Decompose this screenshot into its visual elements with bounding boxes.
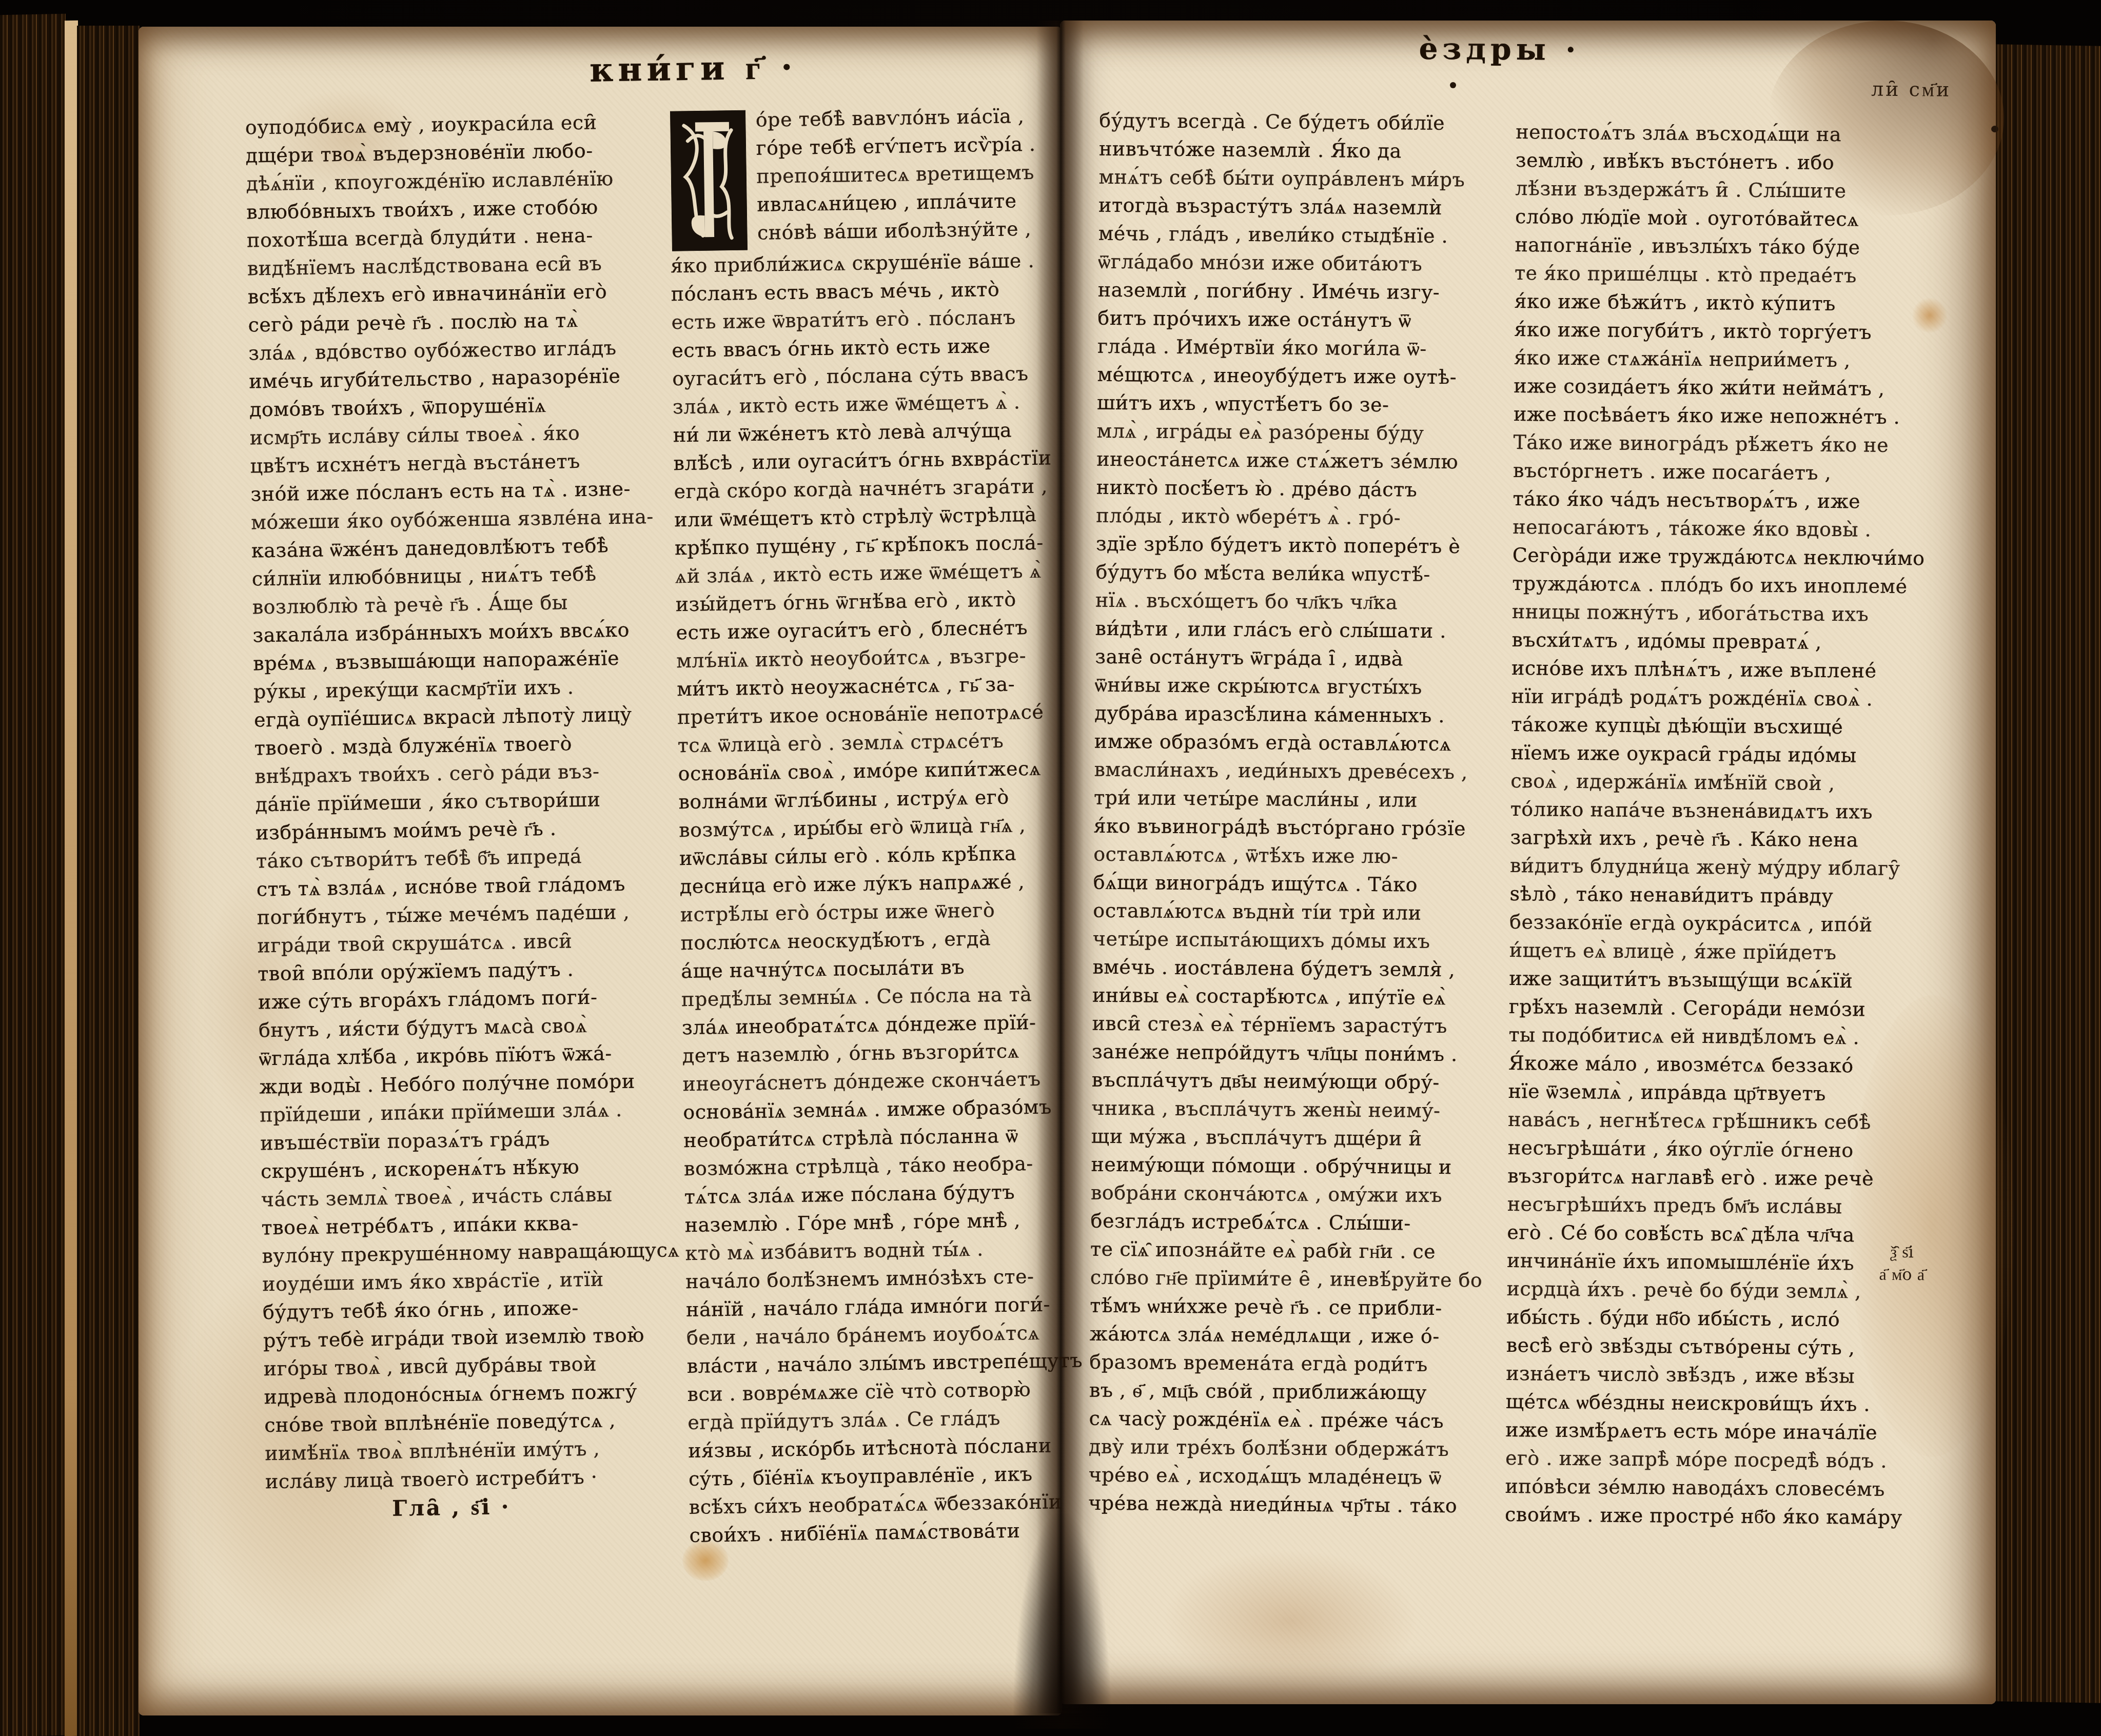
text-line: вме́чь . иоста́влена бу́детъ земля̀ , <box>1092 953 1464 984</box>
text-line: исрдца̀ и́хъ . речѐ бо бу́ди землѧ̀ , <box>1506 1275 1878 1306</box>
text-line: грѣ́хъ наземлѝ . Сегора́ди немо́зи <box>1509 993 1880 1024</box>
text-line: та́ко я́ко ча́дъ несътворѧ́тъ , иже <box>1513 485 1884 516</box>
text-line: въ , ѳ҃ , мц҃ь сво́й , приближа́ющу <box>1089 1376 1461 1408</box>
text-line: те сїѧ̑ ипозна́йте еѧ̀ рабѝ гн҃и . се <box>1090 1235 1462 1267</box>
text-line: сѧ часу̀ рожде́нїѧ еѧ̀ . пре́же ча́съ <box>1089 1405 1460 1436</box>
text-line: ѿгла́дабо мно́зи иже обита́ютъ <box>1098 248 1469 279</box>
text-line: та́ко сътвори́тъ тебѣ̀ б҃ъ ипреда́ <box>256 842 628 876</box>
text-line: непостоѧ́тъ зла́ѧ въсходѧ́щи на <box>1516 118 1887 149</box>
text-line: ибы́сть . бу́ди нб҃о ибы́сть , исло́ <box>1506 1303 1878 1334</box>
text-line: предѣ́лы земны́ѧ . Се по́сла на та̀ <box>681 980 1053 1014</box>
text-line: ѕѣло̀ , та́ко ненави́дитъ пра́вду <box>1509 880 1881 911</box>
text-line: напогна́нїе , ивъзлы́хъ та́ко бу́де <box>1515 231 1886 262</box>
text-line: ты подо́битисѧ ей нивдѣ́ломъ еѧ̀ . <box>1508 1021 1880 1052</box>
text-line: изы́йдетъ о́гнь ѿгнѣ́ва его̀ , икто̀ <box>675 585 1047 619</box>
text-line: три́ или четы́ре масли́ны , или <box>1094 784 1465 815</box>
column-lines: я́ко прибли́жисѧ скруше́нїе ва́ше .по́сл… <box>671 247 1061 1550</box>
text-line: видѣ́нїемъ наслѣ́дствована еси̑ въ <box>247 249 619 283</box>
column-lines: оуподо́бисѧ ему̀ , иоукраси́ла еси̑дще́р… <box>245 108 637 1496</box>
text-line: я́ко въвиногра́дѣ въсто́ргано гро́зїе <box>1093 812 1465 843</box>
text-line: нача́ло болѣ́знемъ имно́зѣхъ сте- <box>685 1262 1057 1296</box>
text-line: сло́во лю́дїе моѝ . оугото́вайтесѧ <box>1515 203 1887 234</box>
text-line: чника , въспла́чутъ жены̀ неиму́- <box>1091 1094 1463 1126</box>
text-line: име́чь игуби́тельство , наразоре́нїе <box>249 362 621 396</box>
quire-signature-mark: ли̑ см҃и <box>1871 78 1952 102</box>
text-line: тсѧ ѿлица̀ его̀ . землѧ̀ стрѧсе́тъ <box>677 726 1049 760</box>
text-line: исно́ве ихъ плѣнѧ́тъ , иже въплене́ <box>1511 654 1883 685</box>
column-lines: непостоѧ́тъ зла́ѧ въсходѧ́щи наземлю̀ , … <box>1505 118 1888 1532</box>
text-line: нивъчто́же наземлѝ . Я́ко да <box>1099 135 1470 166</box>
text-line: дубра́ва иразсѣ́лина ка́менныхъ . <box>1094 699 1466 731</box>
column-lines: бу́дутъ всегда̀ . Се бу́детъ оби́лїенивъ… <box>1088 107 1471 1521</box>
left-page-content: кни́ги г҃ · оуподо́бисѧ ему̀ , иоукраси́… <box>139 18 1087 1721</box>
text-line: нїемъ иже оукраси̑ гра́ды идо́мы <box>1511 739 1882 770</box>
text-line: имже образо́мъ егда̀ оставлѧ́ютсѧ <box>1094 727 1466 759</box>
text-line: бу́дутъ бо мѣ́ста вели́ка ѡпустѣ́- <box>1095 558 1467 589</box>
text-line: иоуде́ши имъ я́ко хвра́стїе , итїѝ <box>262 1265 634 1299</box>
text-line: ивси̑ стезѧ̀ еѧ̀ те́рнїемъ зарасту́тъ <box>1092 1010 1463 1041</box>
text-line: да́нїе прїи́меши , я́ко сътвори́ши <box>255 785 627 819</box>
text-line: ви́дитъ блудни́ца жену̀ му́дру иблагу̑ <box>1510 852 1881 883</box>
text-line: инеоста́нетсѧ иже стѧ́жетъ зе́млю <box>1096 445 1468 477</box>
text-line: я́ко иже стѧжа́нїѧ неприи́метъ , <box>1514 344 1886 375</box>
text-line: препоя́шитесѧ вретищемъ <box>669 159 1041 192</box>
text-line: итогда̀ възрасту́тъ зла́ѧ наземлѝ <box>1098 191 1470 223</box>
text-line: четы́ре испыта́ющихъ до́мы ихъ <box>1093 925 1464 956</box>
text-line: мо́жеши я́ко оубо́женша язвле́на ина- <box>251 503 623 537</box>
text-line: землю̀ , ивѣ́къ въсто́нетъ . ибо <box>1516 146 1887 177</box>
left-page-column-2: о́ре тебѣ̀ вавѵло́нъ иа́сїа ,го́ре тебѣ̀… <box>668 102 1061 1550</box>
text-line: весѣ̀ его̀ звѣ́зды сътво́рены су́ть , <box>1506 1331 1878 1363</box>
book-fore-edge-light-strip <box>65 21 78 1736</box>
book-fore-edge-right <box>1995 44 2101 1703</box>
text-line: непосага́ютъ , та́коже я́ко вдовы̀ . <box>1513 513 1884 544</box>
text-line: загрѣхѝ ихъ , речѐ г҃ь . Ка́ко нена <box>1510 823 1881 855</box>
text-line: възгори́тсѧ наглавѣ̀ его̀ . иже речѐ <box>1507 1162 1879 1193</box>
text-line: лѣ́зни въздержа́тъ и̑ . Слы́шите <box>1515 174 1887 206</box>
text-line: нїѧ . въсхо́щетъ бо чл҃къ чл҃ка <box>1095 586 1467 618</box>
text-line: Сего̀ра́ди иже тружда́ютсѧ неключи́мо <box>1513 541 1884 573</box>
text-line: есть иже ѿврати́тъ его̀ . по́сланъ <box>671 303 1043 337</box>
running-title-right: ѐздры · <box>1419 31 1580 67</box>
text-line: оставлѧ́ютсѧ въднѝ ті́и трѝ или <box>1093 897 1464 928</box>
text-line: то́лико напа́че възнена́видѧтъ ихъ <box>1510 795 1882 826</box>
text-line: всѣ́хъ си́хъ необратѧ́сѧ ѿбеззако́нїи <box>689 1488 1061 1522</box>
text-line: о́ре тебѣ̀ вавѵло́нъ иа́сїа , <box>668 102 1040 136</box>
text-line: бѧ́щи виногра́дъ ищу́тсѧ . Та́ко <box>1093 869 1465 900</box>
text-line: зане́же непро́йдутъ чл҃цы пони́мъ . <box>1092 1038 1463 1069</box>
text-line: инчина́нїе и́хъ ипомышле́нїе и́хъ <box>1507 1247 1878 1278</box>
text-line: иже посѣва́етъ я́ко иже непожне́тъ . <box>1514 400 1885 431</box>
text-line: своѧ̀ , идержа́нїѧ имѣ́нїй своѝ , <box>1510 767 1882 798</box>
text-line: оставлѧ́ютсѧ , ѿтѣ́хъ иже лю- <box>1093 840 1465 872</box>
text-line: иже созида́етъ я́ко жи́ти нейма́тъ , <box>1514 372 1885 403</box>
book-fore-edge-left-outer <box>0 14 66 1736</box>
text-line: иго́ры твоѧ̀ , ивси̑ дубра́вы твоѝ <box>263 1350 635 1384</box>
text-line: ши́тъ ихъ , ѡпустѣ́етъ бо зе- <box>1097 389 1468 420</box>
photo-of-open-antique-book: кни́ги г҃ · оуподо́бисѧ ему̀ , иоукраси́… <box>0 0 2101 1736</box>
text-line: въсхи́тѧтъ , идо́мы превратѧ́ , <box>1511 626 1883 657</box>
text-line: въсто́ргнетъ . иже посага́етъ , <box>1513 457 1884 488</box>
text-line: бели , нача́ло бра́немъ иоубоѧ́тсѧ <box>686 1318 1058 1352</box>
text-line: бнутъ , ия́сти бу́дутъ мѧса̀ своѧ̀ <box>259 1011 631 1045</box>
book-fore-edge-left-inner <box>77 26 140 1736</box>
text-line: несъгрѣша́ти , я́ко оу́глїе о́гнено <box>1508 1134 1879 1165</box>
text-line: ру́кы , иреку́щи касмр҃тїи ихъ . <box>253 673 625 706</box>
text-line: млъ́нїѧ икто̀ неоубои́тсѧ , възгре- <box>676 642 1048 676</box>
text-line: неиму́ющи по́мощи . обру́чницы и <box>1091 1151 1462 1182</box>
text-line: свои́хъ . нибїе́нїѧ памѧ́ствова́ти <box>689 1516 1061 1550</box>
text-line: Та́ко иже виногра́дъ рѣ́жетъ я́ко не <box>1513 428 1884 460</box>
text-line: въспла́чутъ дв҃ы неиму́ющи обру́- <box>1092 1066 1463 1097</box>
column-lines-beside-dropcap: о́ре тебѣ̀ вавѵло́нъ иа́сїа ,го́ре тебѣ̀… <box>668 102 1042 249</box>
text-line: щи му́жа , въспла́чутъ дще́ри и̑ <box>1091 1122 1463 1154</box>
text-line: ипо́вѣси зе́млю навода́хъ словесе́мъ <box>1505 1472 1876 1504</box>
text-line: возмо́жна стрѣлца̀ , та́ко необра- <box>684 1149 1056 1183</box>
text-line: нницы пожну́тъ , ибога́тьства ихъ <box>1512 598 1883 629</box>
text-line: дѣѧ́нїи , кпоугожде́нїю иславле́нїю <box>246 165 618 199</box>
text-line: зла́ѧ , икто̀ есть иже ѿме́щетъ ѧ̀ . <box>673 388 1045 422</box>
text-line: нава́съ , негнѣ́тесѧ грѣ́шникъ себѣ̀ <box>1508 1106 1879 1137</box>
right-page-column-2: непостоѧ́тъ зла́ѧ въсходѧ́щи наземлю̀ , … <box>1505 118 1888 1532</box>
text-line: его̀ . иже запрѣ̀ мо́ре посредѣ̀ во́дъ . <box>1505 1444 1877 1475</box>
text-line: игра́ди твои̑ скруша́тсѧ . ивси̑ <box>257 926 629 960</box>
text-line: возлюблю̀ та̀ речѐ г҃ь . А́ще бы <box>252 588 624 622</box>
text-line: вмасли́нахъ , иеди́ныхъ древе́сехъ , <box>1094 756 1465 787</box>
text-line: зане̑ оста́нутъ ѿгра́да і̑ , идва̀ <box>1095 643 1466 674</box>
text-line: безгла́дъ истребѧ́тсѧ . Слы́ши- <box>1090 1207 1462 1238</box>
text-line: гла́да . Име́ртвїи я́ко моги́ла ѿ- <box>1097 332 1469 364</box>
text-line: ви́дѣти , или гла́съ его̀ слы́шати . <box>1095 615 1466 646</box>
text-line: ѿни́вы иже скры́ютсѧ вгусты́хъ <box>1095 671 1466 702</box>
text-line: инеоуга́снетъ до́ндеже сконча́етъ <box>682 1064 1054 1098</box>
text-line: беззако́нїе егда̀ оукра́ситсѧ , ипо́й <box>1509 908 1881 939</box>
margin-gloss-line: ѯ̑ ѕ҃і <box>1851 1240 1953 1264</box>
text-line: зла́ѧ , вдо́вство оубо́жество игла́дъ <box>248 334 620 368</box>
text-line: ще́тсѧ ѡбе́здны неискрови́щъ и́хъ . <box>1506 1388 1877 1419</box>
margin-gloss-line: а҃ м҃о а҃ <box>1851 1262 1953 1286</box>
text-line: иже защити́тъ възыщу́щи всѧ́кїй <box>1509 964 1880 996</box>
text-line: нїе ѿземлѧ̀ , ипра́вда цр҃твуетъ <box>1508 1077 1879 1109</box>
text-line: оуподо́бисѧ ему̀ , иоукраси́ла еси̑ <box>245 108 617 142</box>
text-line: млѧ̀ , игра́ды еѧ̀ разо́рены бу́ду <box>1096 417 1468 448</box>
text-line: егда̀ прїи́дутъ зла́ѧ . Се гла́дъ <box>688 1403 1059 1437</box>
text-line: и́щетъ еѧ̀ влицѐ , я́же прїи́детъ <box>1509 936 1881 968</box>
text-line: свои́мъ . иже простре́ нб҃о я́ко кама́ру <box>1505 1501 1876 1532</box>
text-line: бу́дутъ всегда̀ . Се бу́детъ оби́лїе <box>1099 107 1470 138</box>
text-line: жа́ютсѧ зла́ѧ неме́длѧщи , иже о́- <box>1090 1320 1461 1351</box>
text-line: ивъше́ствїи поразѧ́тъ гра́дъ <box>260 1124 632 1158</box>
text-line: ини́вы еѧ̀ состарѣ́ютсѧ , ипу́тїе еѧ̀ <box>1092 981 1464 1013</box>
text-line: сно́вѣ ва́ши иболѣзну́йте , <box>670 215 1042 249</box>
text-line: тружда́ютсѧ . пло́дъ бо ихъ иноплеме́ <box>1512 569 1883 601</box>
text-line: нїи игра́дѣ родѧ́тъ рожде́нїѧ своѧ̀ . <box>1511 682 1882 714</box>
text-line: я́ко иже погуби́тъ , икто̀ торгу́етъ <box>1514 315 1886 347</box>
text-line: бразомъ времена́та егда̀ роди́тъ <box>1089 1348 1461 1379</box>
text-line: сло́во гн҃е прїими́те е̑ , иневѣ́руйте б… <box>1090 1264 1462 1295</box>
margin-gloss-note: ѯ̑ ѕ҃і а҃ м҃о а҃ <box>1851 1240 1954 1286</box>
text-line: иже измѣ́рѧетъ есть мо́ре инача́лїе <box>1505 1416 1877 1447</box>
text-line: тѣ́мъ ѡни́хже речѐ г҃ь . се прибли- <box>1090 1292 1461 1323</box>
text-line: пло́ды , икто̀ ѡбере́тъ ѧ̀ . гро́- <box>1096 502 1467 533</box>
text-line: ме́чь , гла́дъ , ивели́ко стыдѣ́нїе . <box>1098 220 1470 251</box>
text-line: чре́во еѧ̀ , исходѧ́щъ младе́нецъ ѿ <box>1089 1461 1460 1492</box>
text-line: наземлѝ , поги́бну . Име́чь изгу- <box>1098 276 1469 307</box>
right-page-content: ѐздры · ли̑ см҃и бу́дутъ всегда̀ . Се бу… <box>1047 19 1996 1710</box>
text-line: несъгрѣши́хъ предъ бм҃ъ исла́вы <box>1507 1190 1879 1221</box>
text-line: дву̀ или тре́хъ болѣ́зни обдержа́тъ <box>1089 1433 1460 1464</box>
right-page-column-1: бу́дутъ всегда̀ . Се бу́детъ оби́лїенивъ… <box>1088 107 1471 1521</box>
text-line: исла́ву лица̀ твоего̀ истреби́тъ · <box>265 1463 637 1496</box>
text-line: я́ко прибли́жисѧ скруше́нїе ва́ше . <box>671 247 1043 281</box>
text-line: та́коже купцы̀ дѣю́щїи въсхище́ <box>1511 711 1882 742</box>
chapter-heading: Гла̑ , ѕ҃і · <box>265 1491 637 1525</box>
text-line: изна́етъ число̀ звѣ́здъ , иже вѣ́зы <box>1506 1359 1877 1391</box>
text-line: возму́тсѧ , иры́бы его̀ ѿлица̀ гн҃ѧ , <box>679 811 1051 844</box>
text-line: ме́щютсѧ , инеоубу́детъ иже оутѣ- <box>1097 361 1468 392</box>
text-line: послю́тсѧ неоскудѣ́ютъ , егда̀ <box>680 923 1052 957</box>
left-page-column-1: оуподо́бисѧ ему̀ , иоукраси́ла еси̑дще́р… <box>245 108 637 1524</box>
text-line: никто̀ посѣ́етъ ю̀ . дре́во да́стъ <box>1096 474 1468 505</box>
running-title-left: кни́ги г҃ · <box>590 48 797 90</box>
text-line: егда̀ ско́ро когда̀ начне́тъ згара́ти , <box>674 472 1046 506</box>
text-line: мнѧ́тъ себѣ̀ бы́ти оупра́вленъ ми́ръ <box>1098 163 1470 194</box>
text-line: те я́ко прише́лцы . кто̀ предае́тъ <box>1515 259 1886 290</box>
text-line: битъ про́чихъ иже оста́нутъ ѿ <box>1097 304 1469 336</box>
text-line: ча́сть землѧ̀ твоеѧ̀ , ича́сть сла́вы <box>261 1180 633 1214</box>
text-line: Я́коже ма́ло , ивозме́тсѧ беззако́ <box>1508 1049 1880 1080</box>
text-line: цвѣ́тъ исхне́тъ негда̀ въста́нетъ <box>250 447 622 481</box>
text-line: здїе зрѣ́ло бу́детъ икто̀ попере́тъ ѐ <box>1096 530 1467 561</box>
text-line: вобра́ни сконча́ютсѧ , ому́жи ихъ <box>1091 1179 1462 1210</box>
text-line: его̀ . Се́ бо совѣ́сть всѧ̑ дѣ́ла чл҃ча <box>1507 1218 1878 1250</box>
text-line: я́ко иже бѣжи́тъ , икто̀ ку́питъ <box>1514 287 1886 319</box>
text-line: чре́ва нежда̀ ниеди́ныѧ чр҃ты . та́ко <box>1088 1489 1460 1521</box>
